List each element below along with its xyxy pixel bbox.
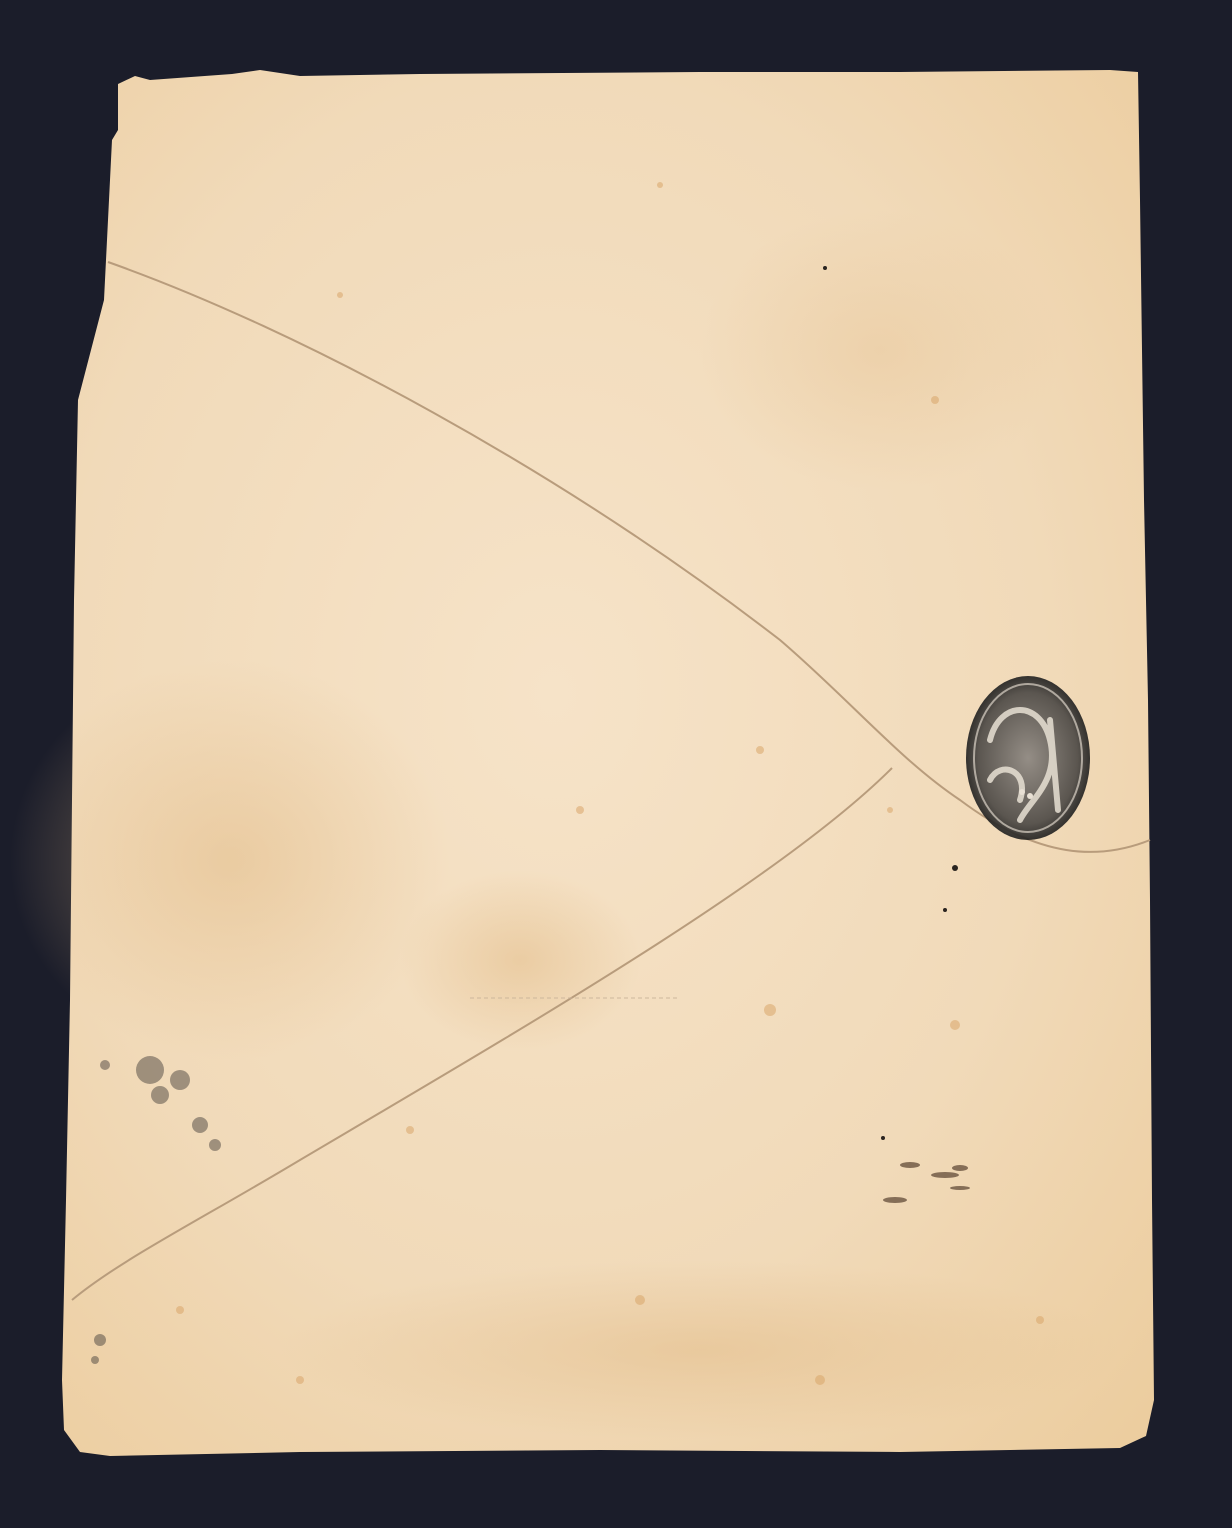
stain [10,660,450,1060]
stain [400,870,640,1050]
stain [280,1260,1120,1440]
photo-scene [0,0,1232,1528]
stain [700,210,1060,490]
seal-impression [966,676,1090,840]
envelope [0,0,1232,1528]
